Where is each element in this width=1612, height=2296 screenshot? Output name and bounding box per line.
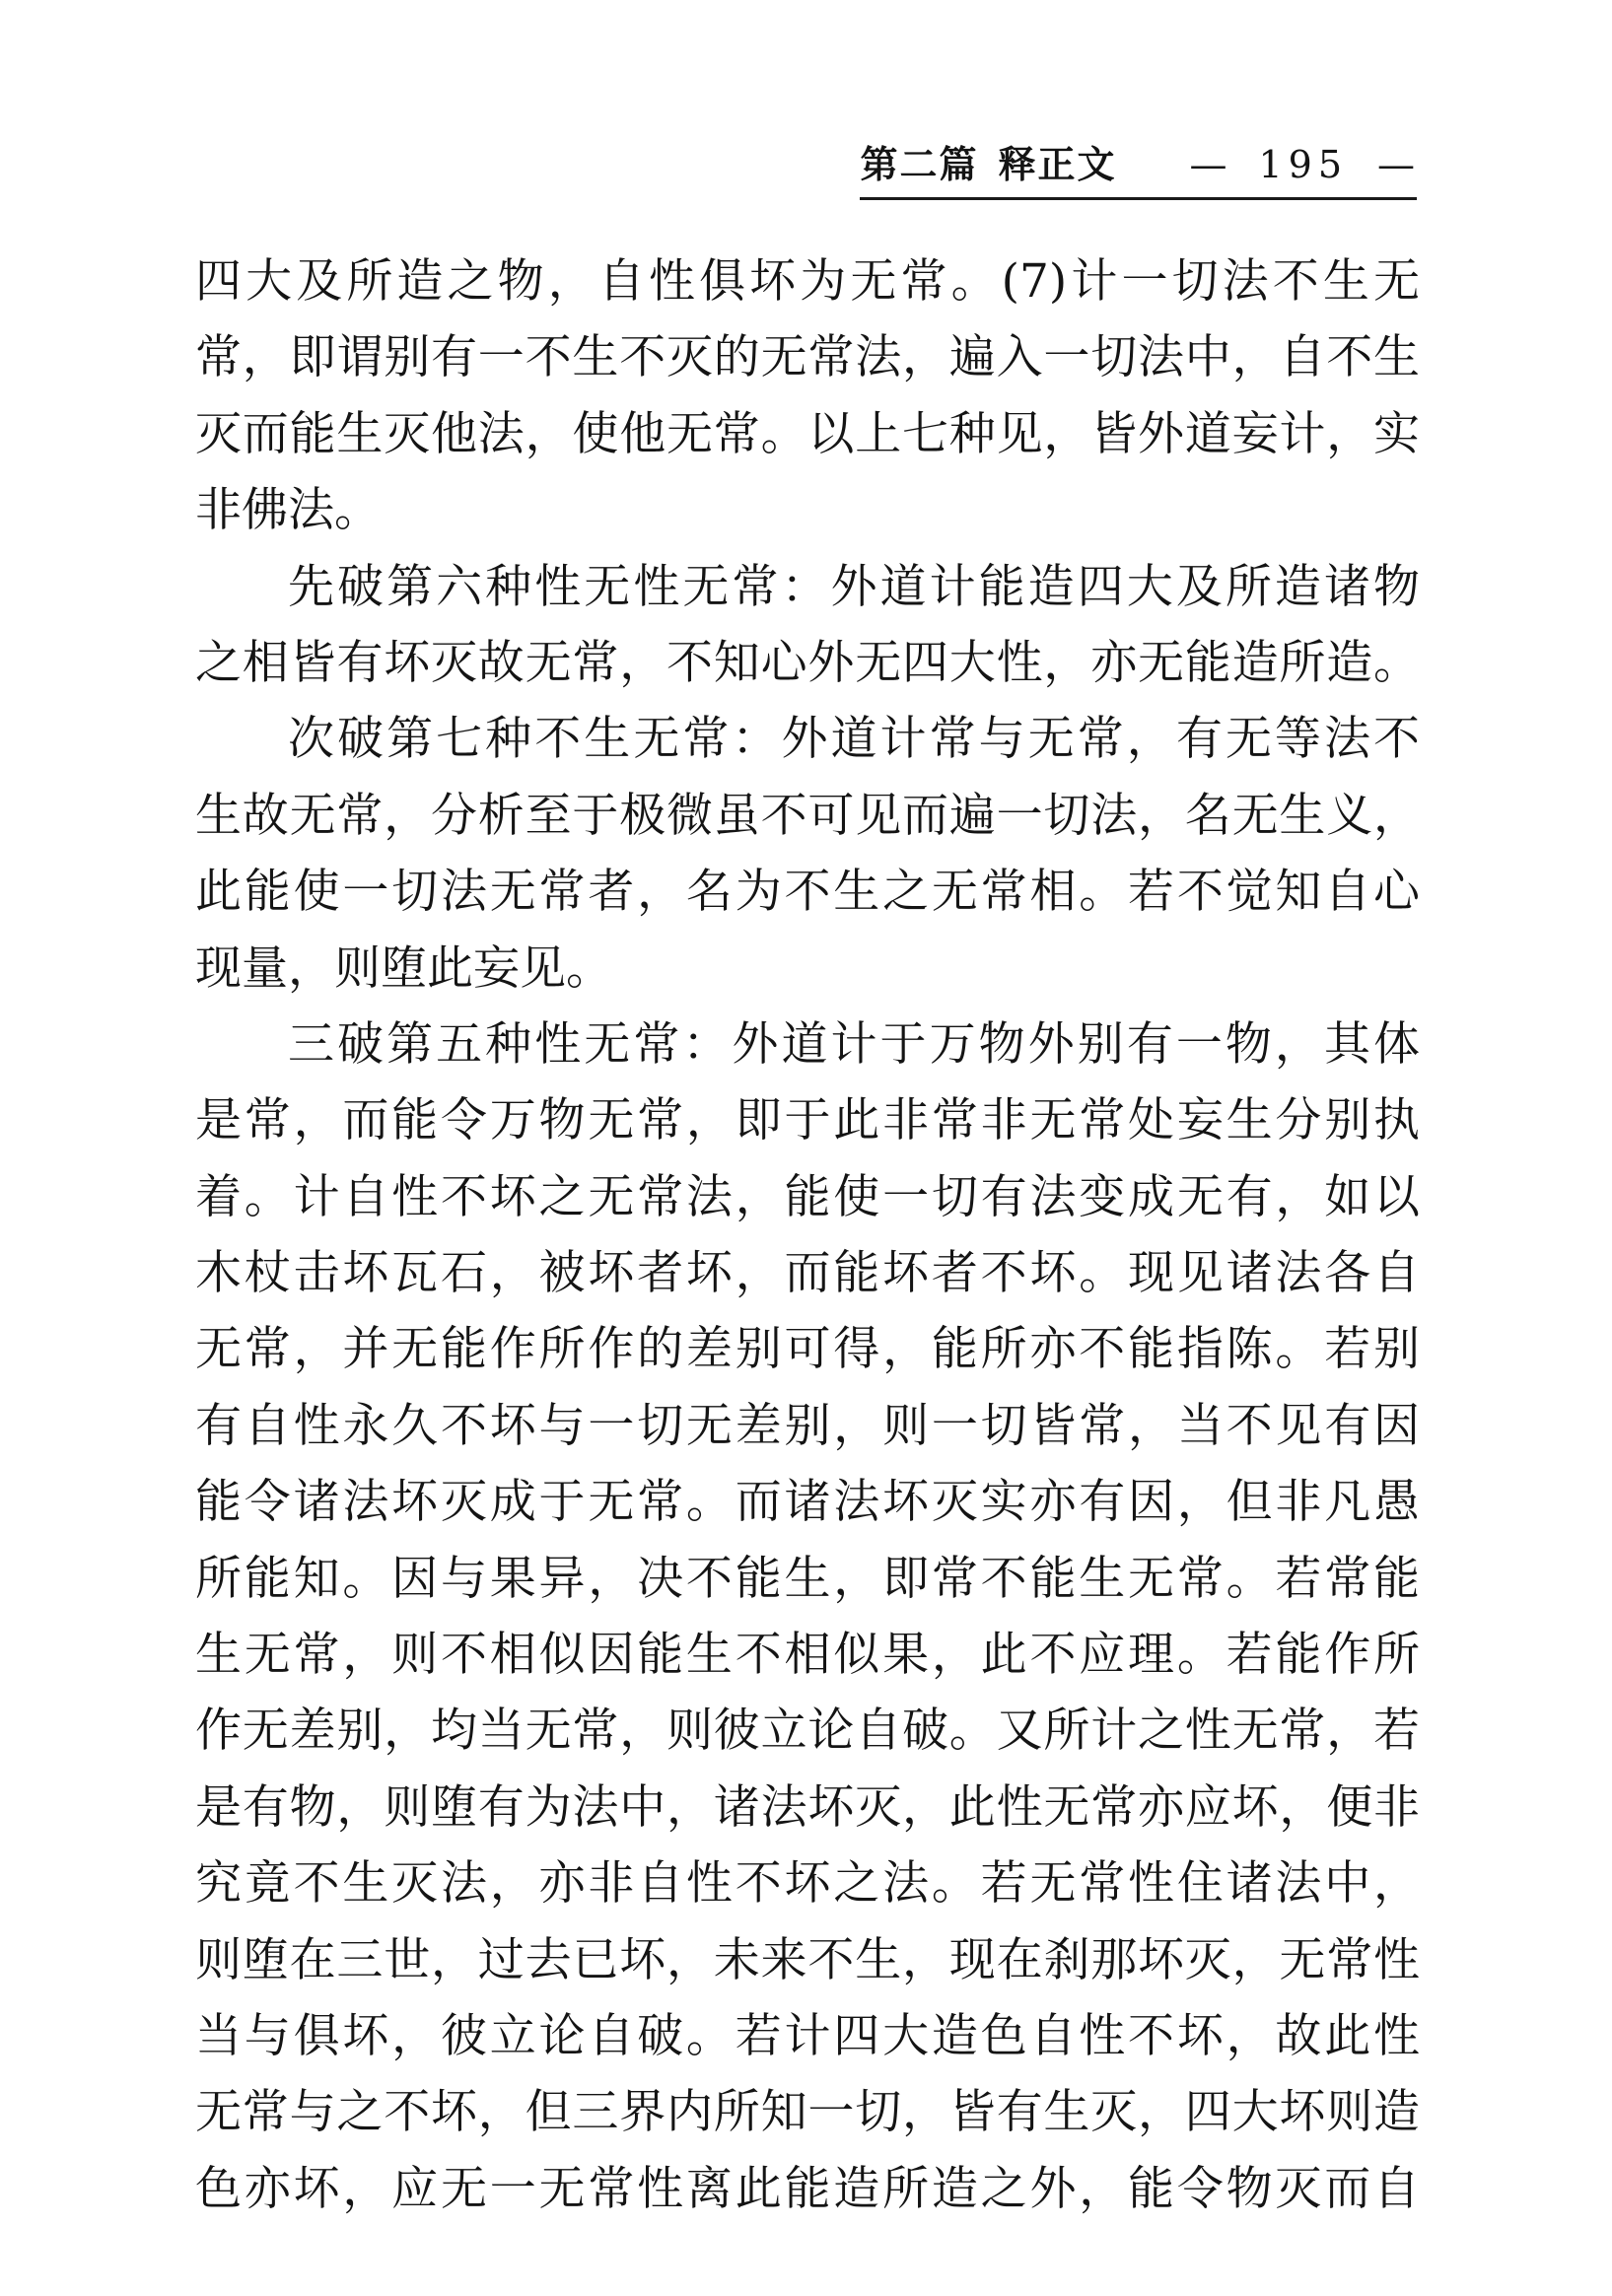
body-text: 四大及所造之物，自性俱坏为无常。(7)计一切法不生无常，即谓别有一不生不灭的无常… <box>195 244 1420 2227</box>
text-line: 所能知。因与果异，决不能生，即常不能生无常。若常能 <box>195 1541 1420 1617</box>
page-header: 第二篇 释正文 — 195 — <box>860 134 1417 200</box>
text-line: 无常与之不坏，但三界内所知一切，皆有生灭，四大坏则造 <box>195 2074 1420 2150</box>
header-section-label: 第二篇 <box>860 134 978 188</box>
text-line: 非佛法。 <box>195 472 1420 548</box>
text-line: 之相皆有坏灭故无常，不知心外无四大性，亦无能造所造。 <box>195 625 1420 701</box>
text-line: 次破第七种不生无常：外道计常与无常，有无等法不 <box>195 701 1420 777</box>
text-line: 此能使一切法无常者，名为不生之无常相。若不觉知自心 <box>195 854 1420 930</box>
page-number: 195 <box>1258 143 1348 186</box>
text-line: 色亦坏，应无一无常性离此能造所造之外，能令物灭而自 <box>195 2151 1420 2227</box>
text-line: 无常，并无能作所作的差别可得，能所亦不能指陈。若别 <box>195 1311 1420 1387</box>
text-line: 生故无常，分析至于极微虽不可见而遍一切法，名无生义， <box>195 778 1420 854</box>
text-line: 木杖击坏瓦石，被坏者坏，而能坏者不坏。现见诸法各自 <box>195 1235 1420 1311</box>
text-line: 当与俱坏，彼立论自破。若计四大造色自性不坏，故此性 <box>195 1998 1420 2074</box>
header-dash-right: — <box>1377 143 1417 186</box>
text-line: 有自性永久不坏与一切无差别，则一切皆常，当不见有因 <box>195 1388 1420 1464</box>
header-dash-left: — <box>1189 143 1228 186</box>
text-line: 三破第五种性无常：外道计于万物外别有一物，其体 <box>195 1007 1420 1082</box>
header-chapter-title: 释正文 <box>998 134 1116 188</box>
text-line: 作无差别，均当无常，则彼立论自破。又所计之性无常，若 <box>195 1693 1420 1769</box>
text-line: 现量，则堕此妄见。 <box>195 931 1420 1007</box>
text-line: 则堕在三世，过去已坏，未来不生，现在刹那坏灭，无常性 <box>195 1922 1420 1998</box>
text-line: 究竟不生灭法，亦非自性不坏之法。若无常性住诸法中， <box>195 1845 1420 1921</box>
text-line: 四大及所造之物，自性俱坏为无常。(7)计一切法不生无 <box>195 244 1420 319</box>
text-line: 能令诸法坏灭成于无常。而诸法坏灭实亦有因，但非凡愚 <box>195 1464 1420 1540</box>
text-line: 生无常，则不相似因能生不相似果，此不应理。若能作所 <box>195 1617 1420 1693</box>
text-line: 是有物，则堕有为法中，诸法坏灭，此性无常亦应坏，便非 <box>195 1770 1420 1845</box>
text-line: 灭而能生灭他法，使他无常。以上七种见，皆外道妄计，实 <box>195 396 1420 472</box>
text-line: 着。计自性不坏之无常法，能使一切有法变成无有，如以 <box>195 1159 1420 1235</box>
text-line: 是常，而能令万物无常，即于此非常非无常处妄生分别执 <box>195 1082 1420 1158</box>
text-line: 先破第六种性无性无常：外道计能造四大及所造诸物 <box>195 549 1420 625</box>
text-line: 常，即谓别有一不生不灭的无常法，遍入一切法中，自不生 <box>195 319 1420 395</box>
